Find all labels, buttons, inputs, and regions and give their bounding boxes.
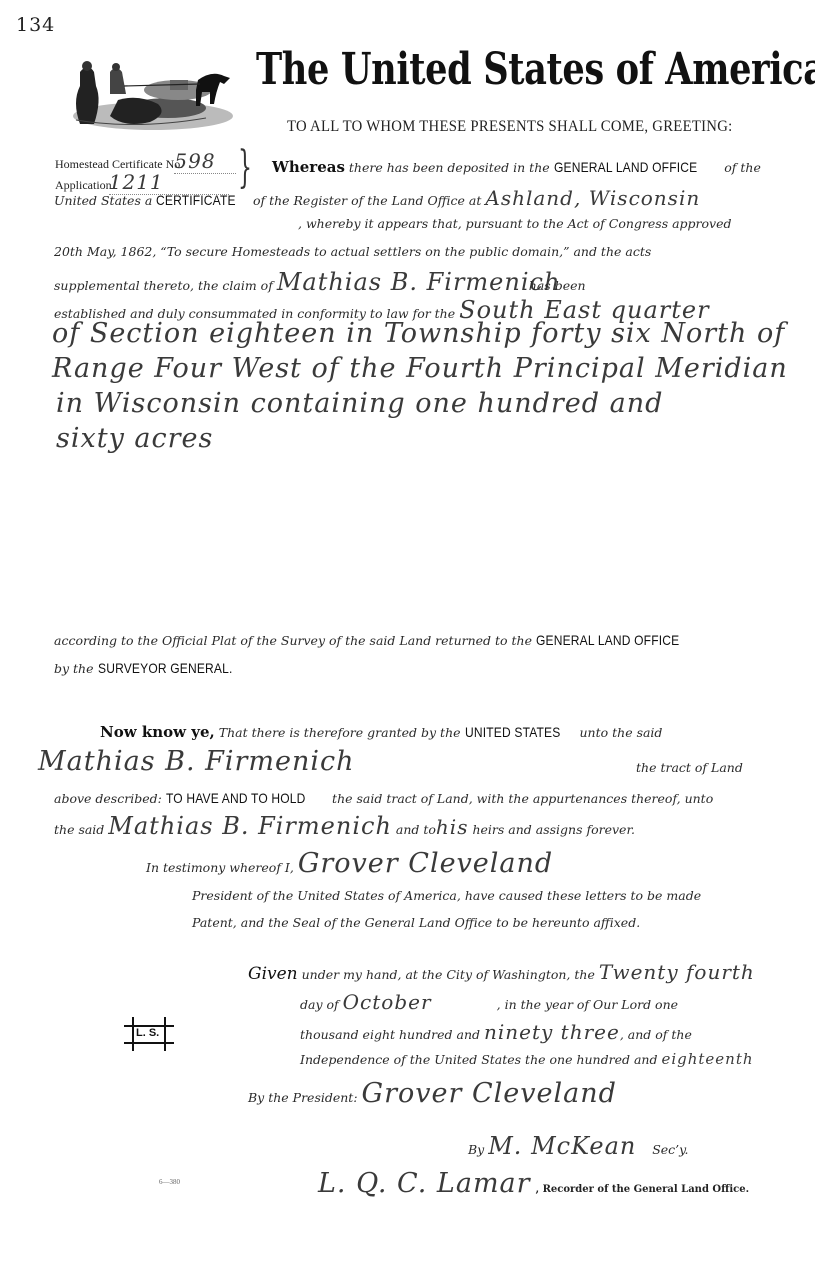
- grant-text: That there is therefore granted by the: [219, 725, 461, 740]
- grant-line-1: Now know ye, That there is therefore gra…: [100, 723, 662, 741]
- whereas-text: United States a: [54, 193, 152, 208]
- survey-text: by the: [54, 661, 94, 676]
- by-label: By: [468, 1142, 484, 1157]
- form-number: 6—380: [159, 1178, 180, 1186]
- surveyor-general-caps: SURVEYOR GENERAL.: [98, 660, 233, 676]
- testimony-text: In testimony whereof I,: [146, 860, 294, 875]
- year-handwritten: ninety three: [484, 1020, 620, 1044]
- secretary-line: By M. McKean Sec’y.: [468, 1132, 689, 1160]
- given-line-4: Independence of the United States the on…: [300, 1050, 754, 1068]
- recorder-signature: L. Q. C. Lamar: [318, 1168, 531, 1199]
- grant-tract-text: the tract of Land: [636, 760, 743, 775]
- given-line-1: Given under my hand, at the City of Wash…: [248, 960, 755, 984]
- given-text: day of: [300, 997, 339, 1012]
- whereas-text: of the Register of the Land Office at: [253, 193, 481, 208]
- grant-line-4: the said Mathias B. Firmenich and tohis …: [54, 812, 635, 840]
- whereas-line-1: Whereas there has been deposited in the …: [272, 158, 761, 176]
- whereas-text: supplemental thereto, the claim of: [54, 278, 273, 293]
- survey-text: according to the Official Plat of the Su…: [54, 633, 532, 648]
- given-lead: Given: [248, 964, 298, 984]
- farm-scene-engraving-icon: [58, 50, 238, 136]
- testimony-line-1: In testimony whereof I, Grover Cleveland: [146, 848, 553, 879]
- grant-text: above described:: [54, 791, 162, 806]
- grant-text: the said: [54, 822, 104, 837]
- by-the-president-line: By the President: Grover Cleveland: [248, 1078, 617, 1109]
- independence-year-handwritten: eighteenth: [661, 1050, 753, 1068]
- seal-placeholder: L. S.: [124, 1017, 174, 1051]
- now-know-ye-lead: Now know ye,: [100, 723, 215, 741]
- seal-label: L. S.: [136, 1027, 159, 1039]
- grant-text: unto the said: [580, 725, 663, 740]
- recorder-line: L. Q. C. Lamar , Recorder of the General…: [318, 1168, 749, 1199]
- president-name-handwritten: Grover Cleveland: [298, 848, 553, 879]
- general-land-office-caps: GENERAL LAND OFFICE: [554, 159, 697, 175]
- pronoun-handwritten: his: [436, 815, 469, 839]
- land-office-location: Ashland, Wisconsin: [485, 186, 700, 210]
- general-land-office-caps: GENERAL LAND OFFICE: [536, 632, 679, 648]
- whereas-lead: Whereas: [272, 158, 345, 176]
- secretary-signature: M. McKean: [488, 1132, 648, 1160]
- grant-text: and to: [396, 822, 436, 837]
- whereas-line-3: , whereby it appears that, pursuant to t…: [298, 216, 732, 231]
- greeting: TO ALL TO WHOM THESE PRESENTS SHALL COME…: [287, 118, 732, 136]
- whereas-text: has been: [529, 278, 586, 293]
- grantee-name-repeat: Mathias B. Firmenich: [108, 812, 392, 840]
- given-line-3: thousand eight hundred and ninety three,…: [300, 1020, 692, 1044]
- land-description-line-1: of Section eighteen in Township forty si…: [52, 318, 785, 349]
- by-the-president-label: By the President:: [248, 1090, 358, 1105]
- grant-text: heirs and assigns forever.: [472, 822, 635, 837]
- certificate-caps: CERTIFICATE: [156, 192, 236, 208]
- given-text: , and of the: [620, 1027, 692, 1042]
- united-states-caps: UNITED STATES: [465, 724, 560, 740]
- testimony-line-3: Patent, and the Seal of the General Land…: [192, 915, 640, 930]
- president-signature: Grover Cleveland: [362, 1078, 617, 1109]
- day-handwritten: Twenty fourth: [599, 960, 755, 984]
- whereas-line-5: supplemental thereto, the claim of Mathi…: [54, 268, 586, 296]
- month-handwritten: October: [343, 990, 493, 1014]
- document-title: The United States of America,: [256, 44, 815, 95]
- survey-line-1: according to the Official Plat of the Su…: [54, 632, 703, 648]
- given-text: under my hand, at the City of Washington…: [302, 967, 595, 982]
- grantee-name: Mathias B. Firmenich: [38, 746, 355, 777]
- land-description-line-3: in Wisconsin containing one hundred and: [56, 388, 663, 419]
- grant-line-3: above described: TO HAVE AND TO HOLD the…: [54, 790, 713, 806]
- homestead-certificate-label: Homestead Certificate No.: [55, 157, 183, 171]
- page-number: 134: [16, 14, 55, 36]
- given-text: Independence of the United States the on…: [300, 1052, 657, 1067]
- whereas-line-4: 20th May, 1862, “To secure Homesteads to…: [54, 244, 651, 259]
- given-text: , in the year of Our Lord one: [497, 997, 678, 1012]
- whereas-text: of the: [724, 160, 761, 175]
- land-description-line-4: sixty acres: [56, 423, 213, 454]
- recorder-title: , Recorder of the General Land Office.: [536, 1184, 749, 1195]
- given-line-2: day of October , in the year of Our Lord…: [300, 990, 678, 1014]
- to-have-and-to-hold-caps: TO HAVE AND TO HOLD: [166, 790, 306, 806]
- secretary-title: Sec’y.: [652, 1142, 688, 1157]
- land-description-line-2: Range Four West of the Fourth Principal …: [52, 353, 788, 384]
- whereas-text: there has been deposited in the: [349, 160, 550, 175]
- claimant-name: Mathias B. Firmenich: [277, 268, 507, 296]
- brace-glyph: }: [238, 146, 252, 190]
- survey-line-2: by the SURVEYOR GENERAL.: [54, 660, 254, 676]
- testimony-line-2: President of the United States of Americ…: [192, 888, 701, 903]
- given-text: thousand eight hundred and: [300, 1027, 480, 1042]
- whereas-line-2: United States a CERTIFICATE of the Regis…: [54, 186, 700, 210]
- grant-text: the said tract of Land, with the appurte…: [332, 791, 713, 806]
